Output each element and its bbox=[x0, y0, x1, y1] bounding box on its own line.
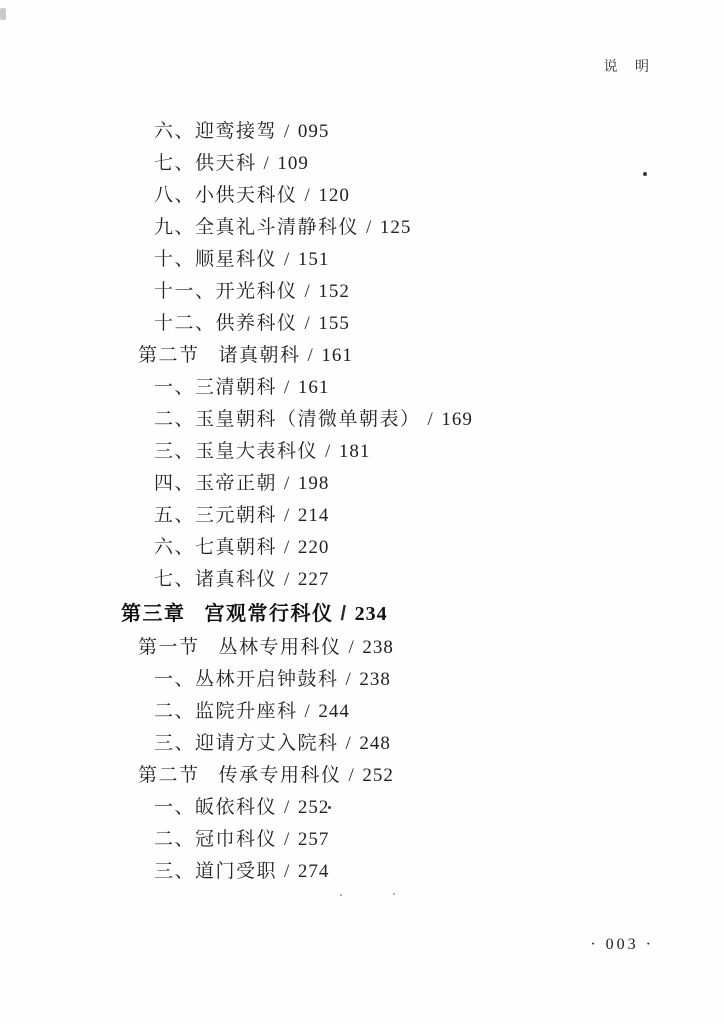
entry-separator: / bbox=[341, 603, 348, 625]
entry-title: 玉皇大表科仪 bbox=[195, 441, 318, 462]
entry-title: 丛林开启钟鼓科 bbox=[195, 669, 339, 690]
entry-page-number: 120 bbox=[318, 185, 350, 206]
entry-label: 一、 bbox=[154, 377, 195, 398]
entry-label: 七、 bbox=[154, 569, 195, 590]
entry-separator: / bbox=[346, 733, 353, 754]
entry-page-number: 169 bbox=[441, 409, 473, 430]
page-number: · 003 · bbox=[590, 936, 654, 954]
entry-title: 丛林专用科仪 bbox=[219, 637, 342, 658]
entry-label: 六、 bbox=[154, 537, 195, 558]
entry-title: 小供天科仪 bbox=[195, 185, 298, 206]
entry-separator: / bbox=[284, 473, 291, 494]
entry-label: 一、 bbox=[154, 669, 195, 690]
entry-label: 二、 bbox=[154, 409, 195, 430]
entry-page-number: 234 bbox=[355, 603, 388, 625]
toc-entry: 一、丛林开启钟鼓科/238 bbox=[0, 664, 724, 696]
entry-page-number: 181 bbox=[339, 441, 371, 462]
entry-label: 十一、 bbox=[154, 281, 216, 302]
toc-entry: 九、全真礼斗清静科仪/125 bbox=[0, 212, 724, 244]
entry-page-number: 252 bbox=[362, 765, 394, 786]
entry-separator: / bbox=[284, 377, 291, 398]
entry-title: 传承专用科仪 bbox=[219, 765, 342, 786]
entry-title: 三元朝科 bbox=[195, 505, 277, 526]
scan-speck bbox=[643, 172, 647, 176]
toc-entry: 六、七真朝科/220 bbox=[0, 532, 724, 564]
scan-edge-mark bbox=[0, 8, 6, 20]
entry-separator: / bbox=[284, 797, 291, 818]
toc-entry: 三、玉皇大表科仪/181 bbox=[0, 436, 724, 468]
entry-title: 全真礼斗清静科仪 bbox=[195, 217, 359, 238]
entry-label: 十二、 bbox=[154, 313, 216, 334]
entry-title: 供养科仪 bbox=[216, 313, 298, 334]
entry-label: 二、 bbox=[154, 829, 195, 850]
entry-title: 诸真科仪 bbox=[195, 569, 277, 590]
toc-entry: 三、道门受职/274 bbox=[0, 856, 724, 888]
toc-entry: 八、小供天科仪/120 bbox=[0, 180, 724, 212]
entry-label: 第三章 bbox=[121, 603, 186, 625]
entry-title: 三清朝科 bbox=[195, 377, 277, 398]
entry-page-number: 125 bbox=[380, 217, 412, 238]
toc-entry: 十、顺星科仪/151 bbox=[0, 244, 724, 276]
entry-separator: / bbox=[284, 569, 291, 590]
toc-entry: 一、皈依科仪/252 bbox=[0, 792, 724, 824]
entry-separator: / bbox=[305, 281, 312, 302]
entry-title: 宫观常行科仪 bbox=[205, 603, 334, 625]
entry-page-number: 248 bbox=[359, 733, 391, 754]
entry-title: 开光科仪 bbox=[216, 281, 298, 302]
entry-title: 诸真朝科 bbox=[219, 345, 301, 366]
entry-page-number: 238 bbox=[362, 637, 394, 658]
entry-label: 四、 bbox=[154, 473, 195, 494]
entry-separator: / bbox=[325, 441, 332, 462]
toc-entry: 第二节传承专用科仪/252 bbox=[0, 760, 724, 792]
toc-entry: 七、供天科/109 bbox=[0, 148, 724, 180]
scan-speck bbox=[393, 893, 395, 895]
entry-label: 三、 bbox=[154, 861, 195, 882]
entry-page-number: 220 bbox=[298, 537, 330, 558]
entry-separator: / bbox=[305, 185, 312, 206]
entry-separator: / bbox=[349, 765, 356, 786]
entry-title: 冠巾科仪 bbox=[195, 829, 277, 850]
entry-separator: / bbox=[264, 153, 271, 174]
entry-separator: / bbox=[284, 249, 291, 270]
entry-page-number: 238 bbox=[359, 669, 391, 690]
entry-separator: / bbox=[284, 121, 291, 142]
entry-title: 迎鸾接驾 bbox=[195, 121, 277, 142]
entry-separator: / bbox=[284, 861, 291, 882]
toc-entry: 十二、供养科仪/155 bbox=[0, 308, 724, 340]
entry-separator: / bbox=[284, 505, 291, 526]
entry-title: 玉帝正朝 bbox=[195, 473, 277, 494]
toc-entry: 四、玉帝正朝/198 bbox=[0, 468, 724, 500]
entry-label: 第一节 bbox=[138, 637, 200, 658]
entry-label: 二、 bbox=[154, 701, 195, 722]
entry-label: 第二节 bbox=[138, 765, 200, 786]
running-head: 说 明 bbox=[604, 56, 657, 76]
toc-entry: 一、三清朝科/161 bbox=[0, 372, 724, 404]
entry-label: 第二节 bbox=[138, 345, 200, 366]
entry-page-number: 257 bbox=[298, 829, 330, 850]
entry-label: 三、 bbox=[154, 733, 195, 754]
entry-page-number: 198 bbox=[298, 473, 330, 494]
entry-page-number: 151 bbox=[298, 249, 330, 270]
scan-speck bbox=[340, 894, 342, 896]
entry-label: 三、 bbox=[154, 441, 195, 462]
entry-page-number: 244 bbox=[318, 701, 350, 722]
entry-label: 十、 bbox=[154, 249, 195, 270]
entry-title: 顺星科仪 bbox=[195, 249, 277, 270]
toc-entry: 三、迎请方丈入院科/248 bbox=[0, 728, 724, 760]
entry-page-number: 152 bbox=[318, 281, 350, 302]
toc-entry: 七、诸真科仪/227 bbox=[0, 564, 724, 596]
entry-label: 九、 bbox=[154, 217, 195, 238]
entry-page-number: 252 bbox=[298, 797, 330, 818]
entry-separator: / bbox=[349, 637, 356, 658]
entry-separator: / bbox=[308, 345, 315, 366]
entry-title: 监院升座科 bbox=[195, 701, 298, 722]
toc-entry: 六、迎鸾接驾/095 bbox=[0, 116, 724, 148]
entry-separator: / bbox=[366, 217, 373, 238]
entry-title: 七真朝科 bbox=[195, 537, 277, 558]
toc-entry: 二、玉皇朝科（清微单朝表）/169 bbox=[0, 404, 724, 436]
entry-separator: / bbox=[284, 537, 291, 558]
toc-entry: 二、监院升座科/244 bbox=[0, 696, 724, 728]
toc-entry: 第二节诸真朝科/161 bbox=[0, 340, 724, 372]
entry-label: 六、 bbox=[154, 121, 195, 142]
toc-entry: 二、冠巾科仪/257 bbox=[0, 824, 724, 856]
toc-entry: 十一、开光科仪/152 bbox=[0, 276, 724, 308]
entry-separator: / bbox=[346, 669, 353, 690]
entry-title: 玉皇朝科（清微单朝表） bbox=[195, 409, 421, 430]
entry-separator: / bbox=[305, 701, 312, 722]
toc-entry: 第三章宫观常行科仪/234 bbox=[0, 596, 724, 632]
entry-title: 迎请方丈入院科 bbox=[195, 733, 339, 754]
entry-page-number: 161 bbox=[321, 345, 353, 366]
entry-page-number: 274 bbox=[298, 861, 330, 882]
table-of-contents: 六、迎鸾接驾/095七、供天科/109八、小供天科仪/120九、全真礼斗清静科仪… bbox=[0, 116, 724, 888]
entry-separator: / bbox=[284, 829, 291, 850]
book-page: 说 明 六、迎鸾接驾/095七、供天科/109八、小供天科仪/120九、全真礼斗… bbox=[0, 0, 724, 1024]
entry-page-number: 214 bbox=[298, 505, 330, 526]
entry-label: 八、 bbox=[154, 185, 195, 206]
entry-title: 道门受职 bbox=[195, 861, 277, 882]
entry-title: 皈依科仪 bbox=[195, 797, 277, 818]
entry-separator: / bbox=[305, 313, 312, 334]
entry-label: 七、 bbox=[154, 153, 195, 174]
toc-entry: 第一节丛林专用科仪/238 bbox=[0, 632, 724, 664]
entry-page-number: 095 bbox=[298, 121, 330, 142]
toc-entry: 五、三元朝科/214 bbox=[0, 500, 724, 532]
entry-page-number: 155 bbox=[318, 313, 350, 334]
scan-speck bbox=[328, 806, 331, 809]
entry-page-number: 109 bbox=[277, 153, 309, 174]
entry-page-number: 161 bbox=[298, 377, 330, 398]
entry-label: 一、 bbox=[154, 797, 195, 818]
entry-separator: / bbox=[428, 409, 435, 430]
entry-page-number: 227 bbox=[298, 569, 330, 590]
entry-label: 五、 bbox=[154, 505, 195, 526]
entry-title: 供天科 bbox=[195, 153, 257, 174]
